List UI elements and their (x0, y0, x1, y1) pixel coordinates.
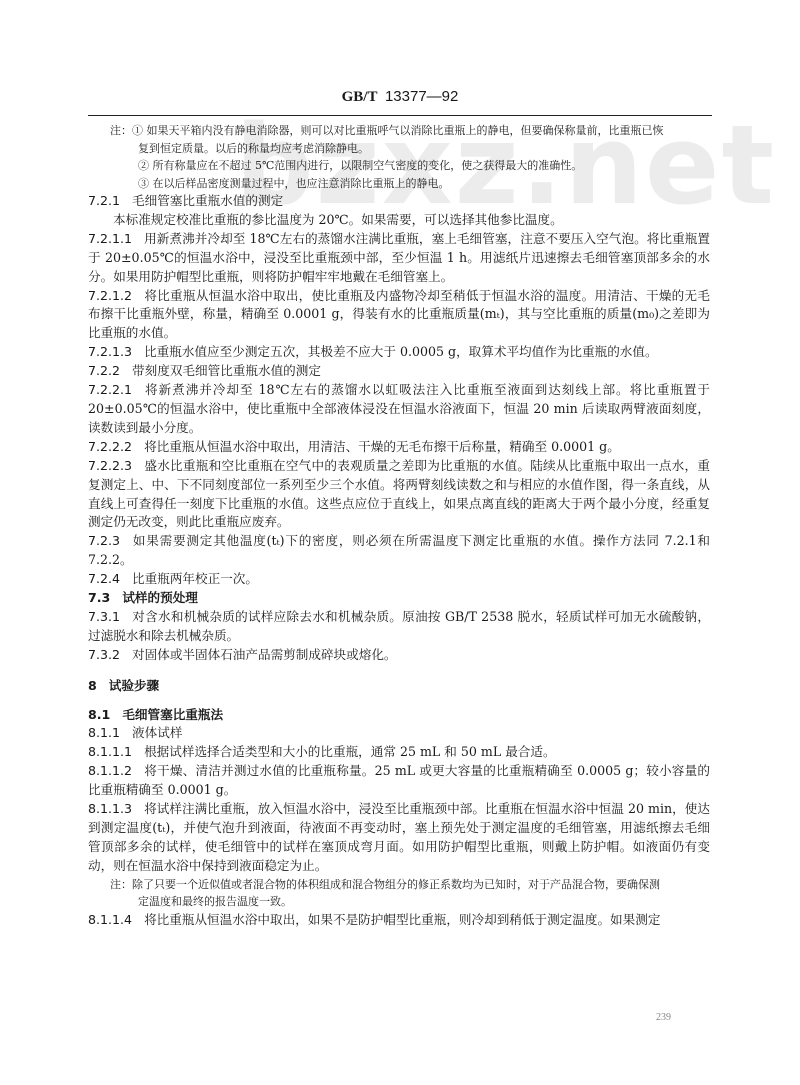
section-text: 用新煮沸并冷却至 18℃左右的蒸馏水注满比重瓶，塞上毛细管塞，注意不要压入空气泡… (88, 231, 710, 284)
section-number: 8.1.1.1 (88, 744, 132, 759)
note-text-continued: 定温度和最终的报告温度一致。 (110, 893, 710, 911)
section-number: 8.1.1.2 (88, 763, 132, 778)
document-body: 注：① 如果天平箱内没有静电消除器，则可以对比重瓶呼气以消除比重瓶上的静电，但要… (88, 122, 710, 930)
note-marker: ② (138, 159, 149, 172)
section-7-2-1-2: 7.2.1.2将比重瓶从恒温水浴中取出，使比重瓶及内盛物冷却至稍低于恒温水浴的温… (88, 287, 710, 344)
section-7-2-1-1: 7.2.1.1用新煮沸并冷却至 18℃左右的蒸馏水注满比重瓶，塞上毛细管塞，注意… (88, 230, 710, 287)
section-number: 8.1.1.4 (88, 912, 132, 927)
spacer (88, 696, 710, 706)
section-7-3-2: 7.3.2对固体或半固体石油产品需剪制成碎块或熔化。 (88, 646, 710, 665)
section-7-3-heading: 7.3试样的预处理 (88, 589, 710, 608)
section-title: 液体试样 (132, 725, 182, 740)
document-page: bzxz.net GB/T 13377—92 注：① 如果天平箱内没有静电消除器… (0, 0, 800, 1085)
section-8-1-1-1: 8.1.1.1根据试样选择合适类型和大小的比重瓶，通常 25 mL 和 50 m… (88, 743, 710, 762)
section-number: 7.3 (88, 590, 110, 605)
section-number: 7.2.2 (88, 363, 120, 378)
section-text: 比重瓶水值应至少测定五次，其极差不应大于 0.0005 g，取算术平均值作为比重… (144, 344, 658, 359)
section-number: 7.3.1 (88, 609, 120, 624)
section-number: 8.1.1.3 (88, 801, 132, 816)
note-8-1-1-3: 注：除了只要一个近似值或者混合物的体积组成和混合物组分的修正系数均为已知时，对于… (88, 876, 710, 911)
section-text: 如果需要测定其他温度(tₜ)下的密度，则必须在所需温度下测定比重瓶的水值。操作方… (88, 533, 710, 567)
section-7-2-1-intro: 本标准规定校准比重瓶的参比温度为 20℃。如果需要，可以选择其他参比温度。 (88, 211, 710, 230)
section-7-2-1-3: 7.2.1.3比重瓶水值应至少测定五次，其极差不应大于 0.0005 g，取算术… (88, 343, 710, 362)
section-7-2-2-1: 7.2.2.1将新煮沸并冷却至 18℃左右的蒸馏水以虹吸法注入比重瓶至液面到达刻… (88, 381, 710, 438)
note-marker: 注： (110, 878, 132, 891)
section-7-2-4: 7.2.4比重瓶两年校正一次。 (88, 570, 710, 589)
section-number: 7.2.3 (88, 533, 120, 548)
note-text: 除了只要一个近似值或者混合物的体积组成和混合物组分的修正系数均为已知时，对于产品… (132, 878, 660, 891)
section-7-2-1-heading: 7.2.1毛细管塞比重瓶水值的测定 (88, 192, 710, 211)
section-number: 7.2.1.2 (88, 288, 132, 303)
note-text: 所有称量应在不超过 5℃范围内进行，以限制空气密度的变化，使之获得最大的准确性。 (153, 159, 583, 172)
section-number: 7.2.1 (88, 193, 120, 208)
section-number: 7.2.2.3 (88, 458, 132, 473)
section-text: 将比重瓶从恒温水浴中取出，如果不是防护帽型比重瓶，则冷却到稍低于测定温度。如果测… (144, 912, 660, 927)
section-text: 将比重瓶从恒温水浴中取出，使比重瓶及内盛物冷却至稍低于恒温水浴的温度。用清洁、干… (88, 288, 710, 341)
section-7-3-1: 7.3.1对含水和机械杂质的试样应除去水和机械杂质。原油按 GB/T 2538 … (88, 608, 710, 646)
section-7-2-2-heading: 7.2.2带刻度双毛细管比重瓶水值的测定 (88, 362, 710, 381)
page-header: GB/T 13377—92 (88, 88, 712, 114)
section-8-heading: 8试验步骤 (88, 677, 710, 696)
section-7-2-2-2: 7.2.2.2将比重瓶从恒温水浴中取出，用清洁、干燥的无毛布擦干后称量，精确至 … (88, 438, 710, 457)
section-text: 对固体或半固体石油产品需剪制成碎块或熔化。 (132, 647, 396, 662)
section-number: 7.2.1.1 (88, 231, 132, 246)
section-text: 盛水比重瓶和空比重瓶在空气中的表观质量之差即为比重瓶的水值。陆续从比重瓶中取出一… (88, 458, 710, 530)
section-text: 根据试样选择合适类型和大小的比重瓶，通常 25 mL 和 50 mL 最合适。 (144, 744, 556, 759)
standard-prefix: GB/T (342, 89, 378, 105)
section-text: 将试样注满比重瓶，放入恒温水浴中，浸没至比重瓶颈中部。比重瓶在恒温水浴中恒温 2… (88, 801, 710, 873)
section-text: 将新煮沸并冷却至 18℃左右的蒸馏水以虹吸法注入比重瓶至液面到达刻线上部。将比重… (88, 382, 710, 435)
note-marker: 注：① (110, 124, 143, 137)
section-number: 7.3.2 (88, 647, 120, 662)
section-7-2-2-3: 7.2.2.3盛水比重瓶和空比重瓶在空气中的表观质量之差即为比重瓶的水值。陆续从… (88, 457, 710, 533)
note-3: ③ 在以后样品密度测量过程中，也应注意消除比重瓶上的静电。 (88, 175, 710, 193)
section-title: 毛细管塞比重瓶水值的测定 (132, 193, 283, 208)
section-number: 7.2.1.3 (88, 344, 132, 359)
note-text-continued: 复到恒定质量。以后的称量均应考虑消除静电。 (110, 140, 710, 158)
standard-number: 13377—92 (385, 88, 458, 105)
page-number: 239 (656, 1012, 671, 1023)
section-title: 试样的预处理 (122, 590, 198, 605)
note-2: ② 所有称量应在不超过 5℃范围内进行，以限制空气密度的变化，使之获得最大的准确… (88, 157, 710, 175)
section-8-1-1-3: 8.1.1.3将试样注满比重瓶，放入恒温水浴中，浸没至比重瓶颈中部。比重瓶在恒温… (88, 800, 710, 876)
section-number: 8 (88, 678, 97, 693)
section-8-1-1-4: 8.1.1.4将比重瓶从恒温水浴中取出，如果不是防护帽型比重瓶，则冷却到稍低于测… (88, 911, 710, 930)
section-text: 对含水和机械杂质的试样应除去水和机械杂质。原油按 GB/T 2538 脱水，轻质… (88, 609, 710, 643)
section-8-1-heading: 8.1毛细管塞比重瓶法 (88, 706, 710, 725)
section-8-1-1-heading: 8.1.1液体试样 (88, 724, 710, 743)
section-number: 7.2.2.2 (88, 439, 132, 454)
header-rule (88, 115, 712, 116)
section-8-1-1-2: 8.1.1.2将干燥、清洁并测过水值的比重瓶称量。25 mL 或更大容量的比重瓶… (88, 762, 710, 800)
note-text: 在以后样品密度测量过程中，也应注意消除比重瓶上的静电。 (153, 177, 450, 190)
section-number: 8.1.1 (88, 725, 120, 740)
section-number: 8.1 (88, 707, 110, 722)
section-title: 试验步骤 (109, 678, 159, 693)
note-text: 如果天平箱内没有静电消除器，则可以对比重瓶呼气以消除比重瓶上的静电，但要确保称量… (147, 124, 664, 137)
spacer (88, 665, 710, 677)
section-text: 比重瓶两年校正一次。 (132, 571, 258, 586)
section-title: 毛细管塞比重瓶法 (122, 707, 223, 722)
section-title: 带刻度双毛细管比重瓶水值的测定 (132, 363, 321, 378)
note-marker: ③ (138, 177, 149, 190)
section-text: 将干燥、清洁并测过水值的比重瓶称量。25 mL 或更大容量的比重瓶精确至 0.0… (88, 763, 710, 797)
section-text: 将比重瓶从恒温水浴中取出，用清洁、干燥的无毛布擦干后称量，精确至 0.0001 … (144, 439, 620, 454)
note-1: 注：① 如果天平箱内没有静电消除器，则可以对比重瓶呼气以消除比重瓶上的静电，但要… (88, 122, 710, 157)
section-number: 7.2.4 (88, 571, 120, 586)
section-7-2-3: 7.2.3如果需要测定其他温度(tₜ)下的密度，则必须在所需温度下测定比重瓶的水… (88, 532, 710, 570)
section-number: 7.2.2.1 (88, 382, 132, 397)
